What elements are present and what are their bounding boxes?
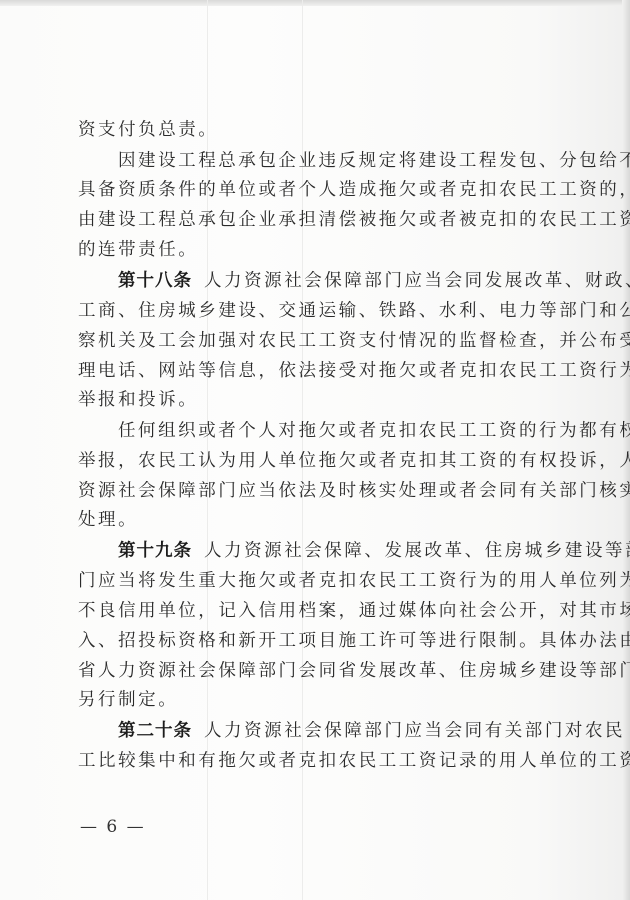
text-line: 另行制定。: [78, 689, 556, 711]
text-line: 工比较集中和有拖欠或者克扣农民工工资记录的用人单位的工资: [78, 750, 556, 772]
article-label: 第二十条: [118, 721, 192, 741]
article-label: 第十八条: [118, 271, 192, 291]
text-line: 举报和投诉。: [78, 389, 556, 411]
text-line: 理电话、网站等信息，依法接受对拖欠或者克扣农民工工资行为的: [78, 360, 556, 382]
text-line: 门应当将发生重大拖欠或者克扣农民工工资行为的用人单位列为: [78, 570, 556, 592]
text-line: 资支付负总责。: [78, 119, 556, 141]
text-line: 的连带责任。: [78, 239, 556, 261]
text-line: 因建设工程总承包企业违反规定将建设工程发包、分包给不: [78, 150, 556, 172]
page-top-edge: [0, 0, 630, 6]
text-line: 工商、住房城乡建设、交通运输、铁路、水利、电力等部门和公安、监: [78, 300, 556, 322]
page-number: — 6 —: [80, 817, 146, 837]
text-line: 不良信用单位，记入信用档案，通过媒体向社会公开，对其市场准: [78, 600, 556, 622]
scanned-page: 资支付负总责。 因建设工程总承包企业违反规定将建设工程发包、分包给不 具备资质条…: [0, 0, 630, 900]
text-line: 具备资质条件的单位或者个人造成拖欠或者克扣农民工工资的，: [78, 179, 556, 201]
text-line: 察机关及工会加强对农民工工资支付情况的监督检查，并公布受: [78, 330, 556, 352]
text-line: 省人力资源社会保障部门会同省发展改革、住房城乡建设等部门: [78, 660, 556, 682]
text-line: 资源社会保障部门应当依法及时核实处理或者会同有关部门核实: [78, 480, 556, 502]
text-line: 举报，农民工认为用人单位拖欠或者克扣其工资的有权投诉，人力: [78, 450, 556, 472]
text-line: 由建设工程总承包企业承担清偿被拖欠或者被克扣的农民工工资: [78, 209, 556, 231]
article-label: 第十九条: [118, 541, 192, 561]
text-line: 入、招投标资格和新开工项目施工许可等进行限制。具体办法由: [78, 630, 556, 652]
article-20-heading-line: 第二十条人力资源社会保障部门应当会同有关部门对农民: [78, 720, 556, 742]
text-line: 处理。: [78, 509, 556, 531]
article-18-heading-line: 第十八条人力资源社会保障部门应当会同发展改革、财政、: [78, 270, 556, 292]
text-line: 任何组织或者个人对拖欠或者克扣农民工工资的行为都有权: [78, 420, 556, 442]
article-19-heading-line: 第十九条人力资源社会保障、发展改革、住房城乡建设等部: [78, 540, 556, 562]
